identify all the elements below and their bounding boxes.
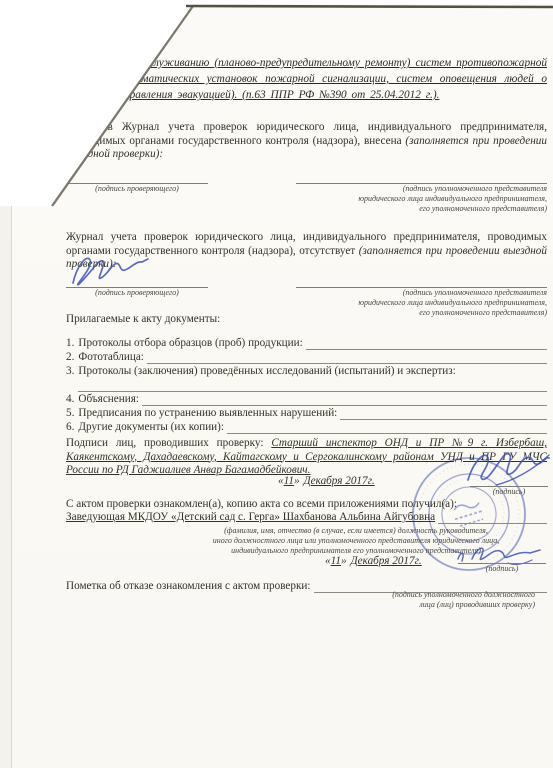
item-label: Другие документы (их копии):	[78, 420, 224, 434]
signature-caption-right-3: его уполномоченного представителя)	[296, 204, 547, 214]
podpis-block-recipient: (подпись)	[458, 556, 546, 574]
item-label: Протоколы (заключения) проведённых иссле…	[78, 364, 455, 378]
refusal-caption: (подпись уполномоченного должностного ли…	[290, 590, 535, 610]
inspectors-label: Подписи лиц, проводивших проверку:	[66, 437, 271, 449]
list-item: 1. Протоколы отбора образцов (проб) прод…	[66, 336, 547, 350]
item-number: 6.	[66, 420, 74, 434]
item-number: 3.	[66, 364, 74, 378]
attachments-title: Прилагаемые к акту документы:	[66, 313, 220, 327]
blank-line	[78, 379, 547, 392]
ack-name-row: Заведующая МКДОУ «Детский сад с. Герга» …	[66, 510, 547, 524]
signature-caption-right-3: его уполномоченного представителя)	[296, 308, 547, 318]
refusal-label: Пометка об отказе ознакомления с актом п…	[66, 579, 311, 593]
inspection-date: «11»Декабря 2017г.	[278, 475, 375, 487]
blank-line	[142, 393, 547, 406]
list-item: 5. Предписания по устранению выявленных …	[66, 406, 547, 420]
inspector-sign-block-1: (подпись проверяющего)	[66, 176, 208, 194]
list-item: 4. Объяснения:	[66, 392, 547, 406]
quote-close: »	[341, 555, 347, 567]
blank-line	[340, 407, 547, 420]
date-month-year: Декабря 2017г.	[351, 555, 422, 567]
ack-name: Заведующая МКДОУ «Детский сад с. Герга» …	[66, 510, 435, 524]
blank-line	[470, 479, 548, 487]
blank-line	[66, 176, 208, 184]
item-label: Предписания по устранению выявленных нар…	[78, 406, 337, 420]
item-number: 4.	[66, 392, 74, 406]
blank-line	[458, 556, 546, 564]
signature-caption-left: (подпись проверяющего)	[66, 184, 208, 194]
refusal-caption-line: (подпись уполномоченного должностного	[290, 590, 535, 600]
signature-caption-right-2: юридического лица индивидуального предпр…	[296, 298, 547, 308]
item-number: 1.	[66, 336, 74, 350]
blank-line	[296, 176, 547, 184]
blank-line	[438, 511, 547, 524]
item-label: Фототаблица:	[78, 350, 144, 364]
list-item: 2. Фототаблица:	[66, 350, 547, 364]
date-day: 11	[331, 555, 341, 567]
blank-line	[227, 421, 547, 434]
blank-line	[147, 351, 547, 364]
item-label: Протоколы отбора образцов (проб) продукц…	[78, 336, 302, 350]
acknowledgment-date: «11»Декабря 2017г.	[325, 555, 422, 567]
attachments-list: 1. Протоколы отбора образцов (проб) прод…	[66, 336, 547, 434]
item-number: 2.	[66, 350, 74, 364]
list-item: 3. Протоколы (заключения) проведённых ис…	[66, 364, 547, 378]
representative-sign-block-2: (подпись уполномоченного представителя ю…	[296, 280, 547, 318]
handwritten-signature-inspector	[66, 250, 154, 292]
podpis-caption: (подпись)	[458, 564, 546, 574]
refusal-caption-line: лица (лиц) проводивших проверку)	[290, 600, 535, 610]
signature-caption-right-1: (подпись уполномоченного представителя	[296, 184, 547, 194]
date-day: 11	[284, 475, 294, 487]
blank-line	[306, 337, 547, 350]
record-entry-paragraph: Запись в Журнал учета проверок юридическ…	[66, 121, 547, 162]
intro-paragraph: техническому обслуживанию (планово-преду…	[66, 55, 547, 103]
signature-caption-right-2: юридического лица индивидуального предпр…	[296, 194, 547, 204]
ack-caption-line: (фамилия, имя, отчество (в случае, если …	[160, 526, 552, 536]
date-month-year: Декабря 2017г.	[304, 475, 375, 487]
representative-sign-block-1: (подпись уполномоченного представителя ю…	[296, 176, 547, 214]
item-number: 5.	[66, 406, 74, 420]
blank-line	[296, 280, 547, 288]
podpis-caption: (подпись)	[470, 487, 548, 497]
item-label: Объяснения:	[78, 392, 139, 406]
podpis-block-inspector: (подпись)	[470, 479, 548, 497]
scanned-act-page: техническому обслуживанию (планово-преду…	[0, 0, 553, 768]
signature-caption-right-1: (подпись уполномоченного представителя	[296, 288, 547, 298]
list-item: 6. Другие документы (их копии):	[66, 420, 547, 434]
list-item-continuation	[66, 378, 547, 392]
quote-close: »	[294, 475, 300, 487]
